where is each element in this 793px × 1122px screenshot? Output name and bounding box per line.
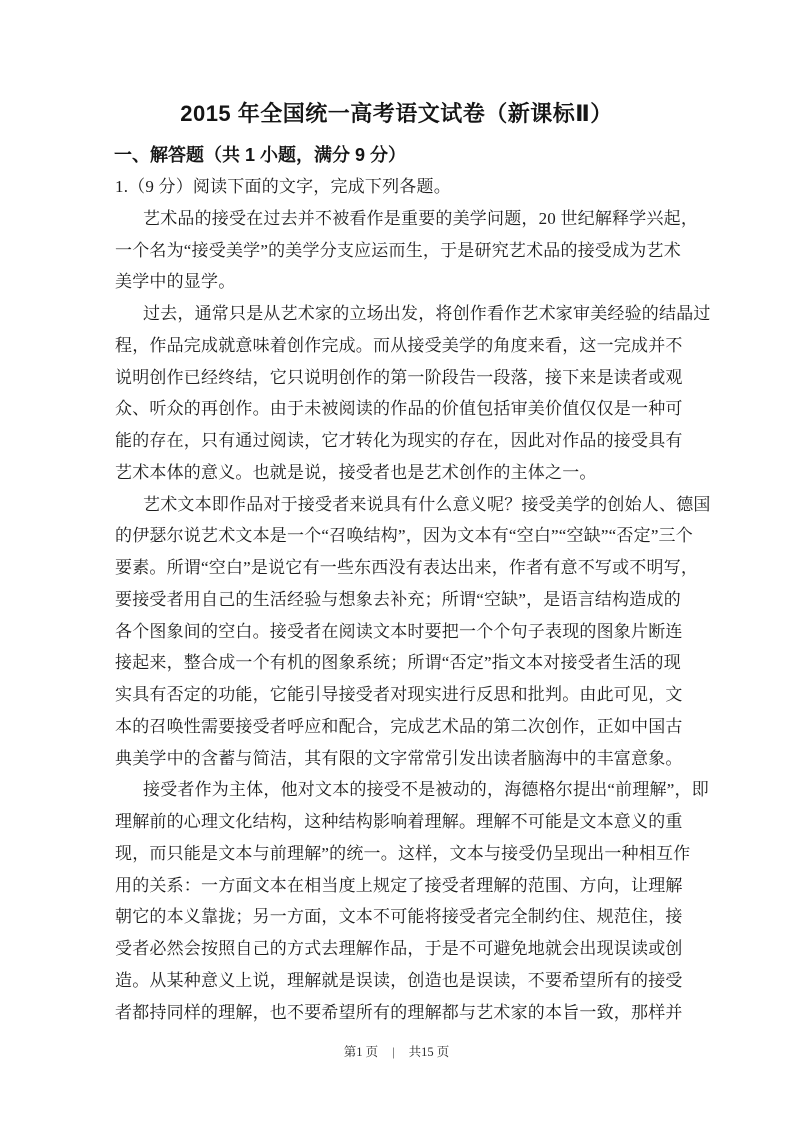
paragraph-3-line-3: 要素。所谓“空白”是说它有一些东西没有表达出来，作者有意不写或不明写， [115, 552, 685, 584]
paragraph-3-line-7: 实具有否定的功能，它能引导接受者对现实进行反思和批判。由此可见，文 [115, 679, 685, 711]
question-body: 1.（9 分）阅读下面的文字，完成下列各题。 艺术品的接受在过去并不被看作是重要… [115, 171, 685, 1028]
paragraph-1-line-3: 美学中的显学。 [115, 266, 685, 298]
paragraph-4-line-8: 者都持同样的理解，也不要希望所有的理解都与艺术家的本旨一致，那样并 [115, 997, 685, 1029]
paragraph-4-line-2: 理解前的心理文化结构，这种结构影响着理解。理解不可能是文本意义的重 [115, 806, 685, 838]
paragraph-4-line-7: 造。从某种意义上说，理解就是误读，创造也是误读，不要希望所有的接受 [115, 965, 685, 997]
paragraph-2-line-1: 过去，通常只是从艺术家的立场出发，将创作看作艺术家审美经验的结晶过 [115, 298, 685, 330]
paragraph-4-line-5: 朝它的本义靠拢；另一方面，文本不可能将接受者完全制约住、规范住，接 [115, 901, 685, 933]
paragraph-2-line-3: 说明创作已经终结，它只说明创作的第一阶段告一段落，接下来是读者或观 [115, 362, 685, 394]
footer-total-pages: 共15 页 [409, 1045, 450, 1059]
paragraph-2-line-4: 众、听众的再创作。由于未被阅读的作品的价值包括审美价值仅仅是一种可 [115, 393, 685, 425]
paragraph-4-line-6: 受者必然会按照自己的方式去理解作品，于是不可避免地就会出现误读或创 [115, 933, 685, 965]
page-footer: 第1 页|共15 页 [0, 1042, 793, 1060]
paragraphs-container: 艺术品的接受在过去并不被看作是重要的美学问题，20 世纪解释学兴起，一个名为“接… [115, 203, 685, 1029]
footer-page-number: 第1 页 [344, 1045, 378, 1059]
paragraph-1-line-2: 一个名为“接受美学”的美学分支应运而生，于是研究艺术品的接受成为艺术 [115, 235, 685, 267]
paragraph-2-line-2: 程，作品完成就意味着创作完成。而从接受美学的角度来看，这一完成并不 [115, 330, 685, 362]
paragraph-4-line-3: 现，而只能是文本与前理解”的统一。这样，文本与接受仍呈现出一种相互作 [115, 838, 685, 870]
document-page: 2015 年全国统一高考语文试卷（新课标Ⅱ） 一、解答题（共 1 小题，满分 9… [0, 0, 793, 1122]
paragraph-3-line-5: 各个图象间的空白。接受者在阅读文本时要把一个个句子表现的图象片断连 [115, 616, 685, 648]
paragraph-3-line-9: 典美学中的含蓄与简洁，其有限的文字常常引发出读者脑海中的丰富意象。 [115, 743, 685, 775]
question-lead: 1.（9 分）阅读下面的文字，完成下列各题。 [115, 171, 685, 203]
paragraph-1-line-1: 艺术品的接受在过去并不被看作是重要的美学问题，20 世纪解释学兴起， [115, 203, 685, 235]
paragraph-3-line-2: 的伊瑟尔说艺术文本是一个“召唤结构”，因为文本有“空白”“空缺”“否定”三个 [115, 520, 685, 552]
page-title: 2015 年全国统一高考语文试卷（新课标Ⅱ） [0, 97, 793, 128]
paragraph-3-line-6: 接起来，整合成一个有机的图象系统；所谓“否定”指文本对接受者生活的现 [115, 647, 685, 679]
paragraph-3-line-1: 艺术文本即作品对于接受者来说具有什么意义呢？接受美学的创始人、德国 [115, 489, 685, 521]
paragraph-3-line-4: 要接受者用自己的生活经验与想象去补充；所谓“空缺”，是语言结构造成的 [115, 584, 685, 616]
paragraph-3-line-8: 本的召唤性需要接受者呼应和配合，完成艺术品的第二次创作，正如中国古 [115, 711, 685, 743]
paragraph-4-line-1: 接受者作为主体，他对文本的接受不是被动的，海德格尔提出“前理解”，即 [115, 774, 685, 806]
paragraph-2-line-6: 艺术本体的意义。也就是说，接受者也是艺术创作的主体之一。 [115, 457, 685, 489]
section-header: 一、解答题（共 1 小题，满分 9 分） [114, 141, 406, 167]
paragraph-4-line-4: 用的关系：一方面文本在相当度上规定了接受者理解的范围、方向，让理解 [115, 870, 685, 902]
paragraph-2-line-5: 能的存在，只有通过阅读，它才转化为现实的存在，因此对作品的接受具有 [115, 425, 685, 457]
footer-divider: | [392, 1045, 395, 1060]
